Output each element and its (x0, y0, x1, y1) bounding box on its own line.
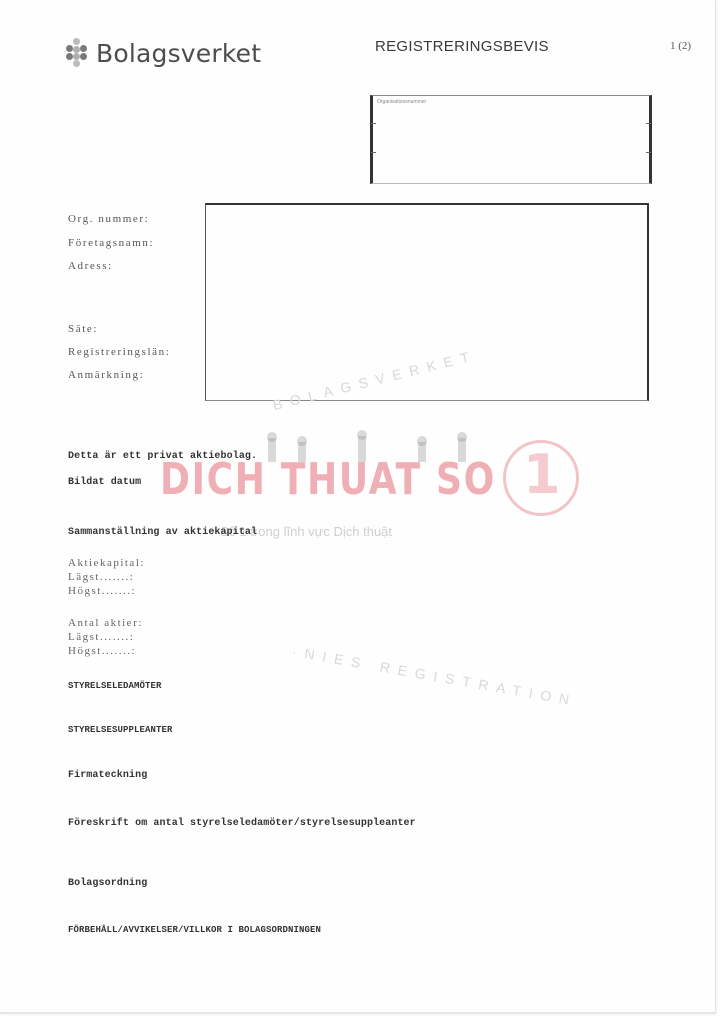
formed-date-label: Bildat datum (68, 477, 141, 488)
share-capital-block: Aktiekapital: Lägst.......: Högst.......… (68, 556, 145, 598)
board-rule-heading: Föreskrift om antal styrelseledamöter/st… (68, 818, 416, 829)
company-type-statement: Detta är ett privat aktiebolag. (68, 451, 257, 462)
board-members-heading: STYRELSELEDAMÖTER (68, 681, 162, 691)
share-capital-min: Lägst.......: (68, 570, 145, 584)
shares-block: Antal aktier: Lägst.......: Högst.......… (68, 616, 143, 658)
deputies-heading: STYRELSESUPPLEANTER (68, 725, 173, 735)
signatory-heading: Firmateckning (68, 770, 147, 781)
seat-label: Säte: (68, 323, 98, 335)
seal-watermark-bottom: ·NIES REGISTRATION (291, 643, 579, 709)
organisation-number-box: Organisationsnummer (370, 95, 652, 184)
logo-text: Bolagsverket (96, 39, 261, 68)
document-page: Bolagsverket REGISTRERINGSBEVIS 1 (2) Or… (0, 0, 716, 1014)
registration-county-label: Registreringslän: (68, 346, 170, 358)
shares-heading: Antal aktier: (68, 616, 143, 630)
company-name-label: Företagsnamn: (68, 237, 154, 249)
remark-label: Anmärkning: (68, 369, 144, 381)
translator-badge-number: 1 (523, 448, 561, 502)
page-indicator: 1 (2) (670, 40, 691, 52)
bolagsverket-logo: Bolagsverket (64, 38, 261, 68)
articles-heading: Bolagsordning (68, 878, 147, 889)
capital-summary-heading: Sammanställning av aktiekapital (68, 527, 257, 538)
crown-watermark-icon (258, 432, 498, 462)
share-capital-heading: Aktiekapital: (68, 556, 145, 570)
share-capital-max: Högst.......: (68, 584, 145, 598)
org-number-label: Org. nummer: (68, 213, 149, 225)
address-label: Adress: (68, 260, 113, 272)
reservations-heading: FÖRBEHÅLL/AVVIKELSER/VILLKOR I BOLAGSORD… (68, 925, 321, 935)
organisation-number-label: Organisationsnummer (377, 99, 426, 105)
document-title: REGISTRERINGSBEVIS (375, 38, 549, 55)
bolagsverket-dots-icon (64, 38, 90, 68)
shares-min: Lägst.......: (68, 630, 143, 644)
shares-max: Högst.......: (68, 644, 143, 658)
